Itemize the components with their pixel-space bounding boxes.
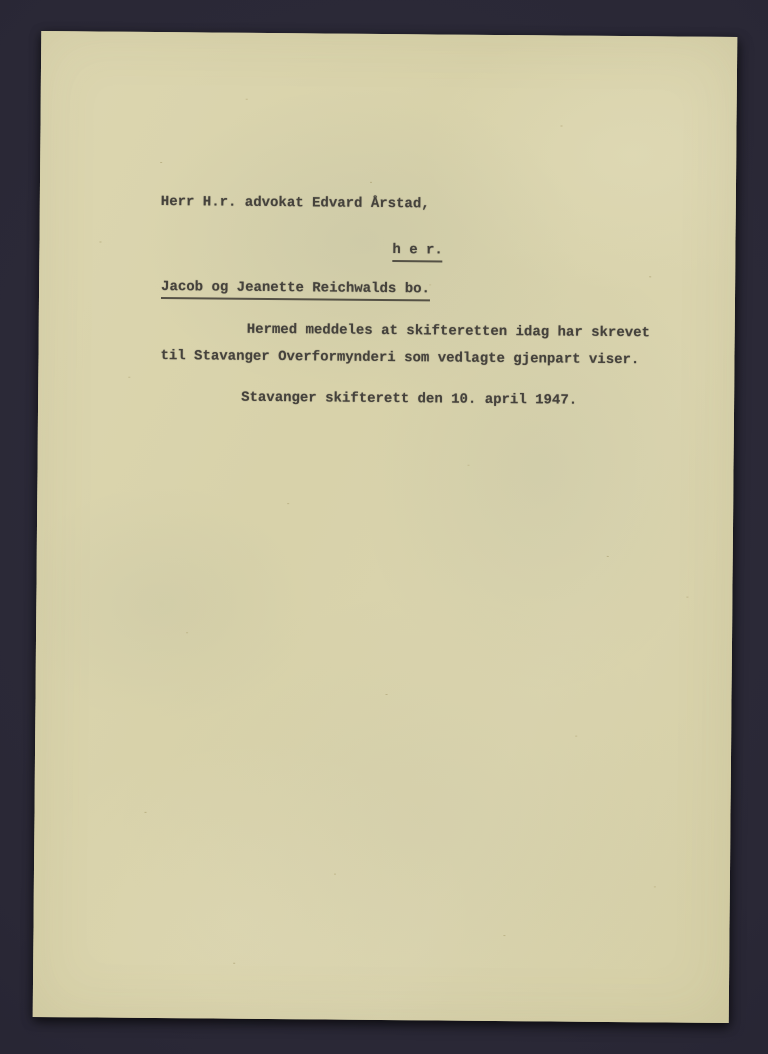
dateline: Stavanger skifterett den 10. april 1947. (241, 390, 577, 410)
body-line-2: til Stavanger Overformynderi som vedlagt… (160, 348, 639, 369)
body-line-1: Hermed meddeles at skifteretten idag har… (247, 322, 650, 343)
subject-line: Jacob og Jeanette Reichwalds bo. (161, 279, 430, 301)
letter-page: Herr H.r. advokat Edvard Årstad, h e r. … (33, 31, 738, 1023)
recipient-line: Herr H.r. advokat Edvard Årstad, (161, 194, 430, 213)
place-line: h e r. (392, 242, 443, 262)
scan-background: Herr H.r. advokat Edvard Årstad, h e r. … (0, 0, 768, 1054)
paper-texture (41, 31, 43, 32)
